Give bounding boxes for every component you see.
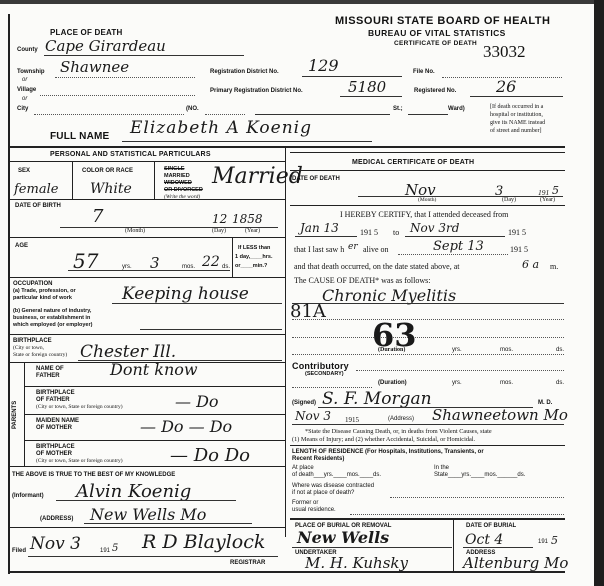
informant-label: (Informant): [12, 493, 44, 499]
footnote-1: *State the Disease Causing Death, or, in…: [305, 428, 492, 435]
medical-address-value: Shawneetown Mo: [432, 406, 568, 424]
mother-birthplace-label-3: (City or town, State or foreign country): [36, 458, 123, 464]
birthplace-sub-1: (City or town,: [13, 345, 44, 351]
burial-year-prefix: 191: [538, 539, 548, 545]
father-birthplace-label-1: BIRTHPLACE: [36, 390, 75, 396]
attended-to-year: 191 5: [508, 228, 526, 237]
birthplace-value: Chester Ill.: [80, 342, 176, 362]
signed-year: 1915: [345, 416, 359, 424]
place-of-death-heading: PLACE OF DEATH: [50, 28, 122, 37]
color-value: White: [90, 181, 132, 197]
residence-rule: [290, 518, 565, 520]
street-line: [255, 114, 390, 115]
cause-label: The CAUSE OF DEATH* was as follows:: [294, 276, 430, 285]
left-border-rule: [8, 14, 10, 574]
cause-line-2: [292, 319, 564, 320]
age-days: 22: [202, 254, 220, 270]
alive-on-label: alive on: [363, 245, 389, 254]
county-value: Cape Girardeau: [45, 37, 166, 55]
occupation-line: [112, 303, 282, 304]
age-label: AGE: [15, 243, 28, 249]
filed-year-suffix: 5: [112, 543, 118, 554]
former-residence-1: Former or: [292, 500, 318, 506]
less-than-2: 1 day,____hrs.: [235, 254, 273, 260]
dob-label: DATE OF BIRTH: [15, 203, 61, 209]
full-name-value: Elizabeth A Koenig: [130, 118, 312, 138]
in-state-2: State____yrs.____mos.______ds.: [434, 472, 525, 478]
board-title: MISSOURI STATE BOARD OF HEALTH: [335, 15, 550, 27]
occupation-label: OCCUPATION: [13, 281, 52, 287]
primary-registration-value: 5180: [348, 78, 386, 96]
dob-row-rule: [10, 237, 285, 238]
death-month-caption: (Month): [418, 197, 436, 203]
occupation-b-line2: business, or establishment in: [13, 315, 90, 321]
informant-address-value: New Wells Mo: [90, 505, 206, 524]
township-value: Shawnee: [60, 58, 129, 76]
attended-to-line: [405, 236, 505, 237]
burial-date-value: Oct 4: [465, 532, 503, 548]
duration-ds-2: ds.: [556, 380, 564, 386]
filed-label: Filed: [12, 548, 26, 554]
registered-no-value: 26: [496, 77, 516, 96]
birthplace-sub-2: State or foreign country): [13, 352, 67, 358]
age-line: [68, 270, 230, 271]
file-no-label: File No.: [413, 69, 435, 75]
marital-value: Married: [212, 164, 303, 189]
certificate-number: 33032: [483, 42, 526, 62]
county-line: [44, 55, 244, 56]
village-line: [40, 95, 195, 96]
mother-name-rule: [24, 440, 285, 441]
hospital-note-4: of street and number]: [490, 128, 541, 134]
registered-no-label: Registered No.: [414, 88, 456, 94]
ward-line: [408, 114, 448, 115]
personal-heading: PERSONAL AND STATISTICAL PARTICULARS: [50, 151, 211, 158]
undertaker-address-value: Altenburg Mo: [463, 554, 568, 572]
informant-line: [56, 500, 236, 501]
father-name-rule: [24, 386, 285, 387]
time-value: 6 a: [522, 258, 539, 271]
sex-divider: [72, 161, 73, 199]
death-day-caption: (Day): [502, 197, 516, 203]
column-divider: [285, 147, 286, 537]
father-name-value: Dont know: [110, 360, 198, 379]
last-saw-prefix: that I last saw h: [294, 245, 344, 254]
bureau-title: BUREAU OF VITAL STATISTICS: [368, 28, 506, 38]
parents-bottom-rule: [10, 466, 285, 467]
personal-heading-rule: [10, 161, 285, 162]
father-name-label-2: FATHER: [36, 373, 60, 379]
death-date-rule: [290, 205, 565, 206]
cause-line-3: [292, 337, 564, 338]
residence-label-2: Recent Residents): [292, 456, 344, 462]
hospital-note-3: give its NAME instead: [490, 120, 545, 126]
full-name-label: FULL NAME: [50, 131, 109, 142]
mother-name-label-1: MAIDEN NAME: [36, 418, 79, 424]
registered-no-line: [470, 96, 563, 97]
primary-registration-line: [340, 96, 402, 97]
hospital-note-1: [If death occurred in a: [490, 104, 543, 110]
less-than-divider: [232, 237, 233, 277]
less-than-3: or____min.?: [235, 263, 267, 269]
filed-date: Nov 3: [30, 534, 81, 554]
attended-from-line: [295, 236, 357, 237]
last-saw-line: [398, 254, 508, 255]
informant-address-line: [84, 523, 252, 524]
time-suffix: m.: [550, 262, 558, 271]
sex-value: female: [14, 182, 58, 197]
county-label: County: [17, 47, 38, 53]
hospital-note-2: hospital or institution,: [490, 112, 543, 118]
signed-value: S. F. Morgan: [322, 389, 432, 409]
mother-name-label-2: OF MOTHER: [36, 425, 72, 431]
duration-label-1: (Duration): [378, 347, 405, 353]
duration-line-1: [292, 354, 564, 355]
informant-address-label: (ADDRESS): [40, 516, 73, 522]
disease-contracted-2: if not at place of death?: [292, 490, 354, 496]
occupation-b-line3: which employed (or employer): [13, 322, 92, 328]
marital-option-widowed: WIDOWED: [164, 180, 192, 186]
medical-heading: MEDICAL CERTIFICATE OF DEATH: [352, 159, 474, 166]
name-divider: [10, 146, 565, 148]
duration-mos-1: mos.: [500, 347, 513, 353]
death-certificate-document: MISSOURI STATE BOARD OF HEALTH BUREAU OF…: [0, 4, 594, 586]
dob-year-caption: (Year): [245, 228, 260, 234]
duration-label-2: (Duration): [378, 380, 407, 386]
ward-label: Ward): [448, 106, 465, 112]
medical-address-line: [292, 424, 564, 425]
st-label: St.;: [393, 106, 403, 112]
at-place-1: At place: [292, 465, 314, 471]
to-label: to: [393, 228, 399, 237]
father-birthplace-label-3: (City or town, State or foreign country): [36, 404, 123, 410]
dob-day-caption: (Day): [212, 228, 226, 234]
sex-row-rule: [10, 199, 285, 200]
parents-side-label: PARENTS: [12, 401, 18, 429]
occurred-text: and that death occurred, on the date sta…: [294, 262, 459, 271]
filed-line: [28, 556, 278, 557]
duration-mos-2: mos.: [500, 380, 513, 386]
mother-birthplace-value: — Do Do: [170, 445, 250, 466]
death-year-caption: (Year): [540, 197, 555, 203]
village-label: Village: [17, 87, 36, 93]
duration-yrs-1: yrs.: [452, 347, 462, 353]
in-state-1: In the: [434, 465, 449, 471]
truth-statement: THE ABOVE IS TRUE TO THE BEST OF MY KNOW…: [12, 472, 175, 478]
disease-contracted-1: Where was disease contracted: [292, 483, 374, 489]
father-name-label-1: NAME OF: [36, 366, 64, 372]
burial-place-value: New Wells: [297, 528, 389, 547]
occupation-b-line1: (b) General nature of industry,: [13, 308, 91, 314]
duration-ds-1: ds.: [556, 347, 564, 353]
or-label-1: or: [22, 77, 27, 83]
viewer-scrollbar[interactable]: [594, 0, 604, 586]
burial-date-label: DATE OF BURIAL: [466, 523, 516, 529]
secondary-label: (SECONDARY): [305, 371, 344, 377]
birthplace-label: BIRTHPLACE: [13, 338, 52, 344]
medical-top-rule: [290, 152, 565, 153]
medical-heading-rule: [290, 170, 565, 171]
dob-day: 12: [212, 212, 227, 226]
occupation-a-line1: (a) Trade, profession, or: [13, 288, 76, 294]
no-label: (NO.: [186, 106, 199, 112]
township-label: Township: [17, 69, 45, 75]
burial-year-suffix: 5: [551, 534, 558, 547]
cause-line-1: [292, 303, 564, 304]
mother-name-value: — Do — Do: [140, 417, 232, 436]
color-divider: [154, 161, 155, 199]
signed-label: (Signed): [292, 400, 316, 406]
attended-to: Nov 3rd: [410, 221, 459, 235]
primary-registration-label: Primary Registration District No.: [210, 88, 303, 94]
occupation-row-rule: [10, 334, 285, 335]
at-place-2: of death___yrs.____mos.____ds.: [292, 472, 381, 478]
occupation-value: Keeping house: [122, 284, 249, 304]
certify-text: I HEREBY CERTIFY, that I attended deceas…: [340, 210, 508, 219]
father-birthplace-label-2: OF FATHER: [36, 397, 70, 403]
burial-divider: [453, 520, 454, 571]
mother-birthplace-label-2: OF MOTHER: [36, 451, 72, 457]
signed-date: Nov 3: [295, 409, 331, 423]
marital-option-single: SINGLE: [164, 166, 184, 172]
informant-value: Alvin Koenig: [76, 481, 191, 502]
or-label-2: or: [22, 96, 27, 102]
father-birthplace-rule: [24, 414, 285, 415]
contributory-label: Contributory: [292, 361, 349, 371]
attended-from: Jan 13: [300, 221, 339, 235]
death-date-line: [358, 196, 563, 197]
former-residence-line: [350, 514, 564, 515]
registrar-label: REGISTRAR: [230, 560, 265, 566]
marital-option-married: MARRIED: [164, 173, 190, 179]
mother-birthplace-label-1: BIRTHPLACE: [36, 444, 75, 450]
city-label: City: [17, 106, 28, 112]
dob-year: 1858: [232, 212, 263, 226]
sex-label: SEX: [18, 168, 30, 174]
occupation-b-line: [140, 329, 282, 330]
father-birthplace-value: — Do: [175, 392, 219, 411]
marital-option-divorced: OR DIVORCED: [164, 187, 203, 193]
occupation-a-line2: particular kind of work: [13, 295, 72, 301]
dob-month-caption: (Month): [125, 228, 145, 234]
filed-year-prefix: 191: [100, 548, 110, 554]
city-line: [34, 114, 184, 115]
full-name-line: [122, 141, 372, 142]
township-line: [55, 77, 195, 78]
medical-address-label: (Address): [388, 416, 414, 422]
undertaker-value: M. H. Kuhsky: [305, 554, 408, 572]
disease-contracted-line: [390, 497, 564, 498]
registration-district-line: [302, 76, 402, 77]
registration-district-value: 129: [308, 56, 339, 75]
no-line: [205, 114, 245, 115]
date-of-death-label: DATE OF DEATH: [292, 176, 340, 182]
burial-date-line: [463, 547, 533, 548]
contributory-line: [356, 370, 564, 371]
color-label: COLOR OR RACE: [82, 168, 133, 174]
last-saw-year: 191 5: [510, 245, 528, 254]
duration-line-2a: [292, 387, 372, 388]
burial-place-line: [292, 547, 452, 548]
footnote-2: (1) Means of Injury; and (2) whether Acc…: [292, 436, 475, 443]
informant-rule: [10, 527, 285, 528]
attended-from-year: 191 5: [360, 228, 378, 237]
last-saw-date: Sept 13: [433, 239, 484, 254]
footnote-rule: [290, 445, 565, 446]
former-residence-2: usual residence.: [292, 507, 336, 513]
registrar-value: R D Blaylock: [142, 531, 265, 553]
last-saw-pronoun: er: [348, 242, 358, 252]
age-row-rule: [10, 277, 285, 278]
less-than-1: If LESS than: [238, 245, 270, 251]
residence-label: LENGTH OF RESIDENCE (For Hospitals, Inst…: [292, 449, 484, 455]
duration-yrs-2: yrs.: [452, 380, 462, 386]
dob-month: 7: [92, 206, 103, 227]
certificate-label: CERTIFICATE OF DEATH: [394, 40, 477, 47]
registration-district-label: Registration District No.: [210, 69, 279, 75]
